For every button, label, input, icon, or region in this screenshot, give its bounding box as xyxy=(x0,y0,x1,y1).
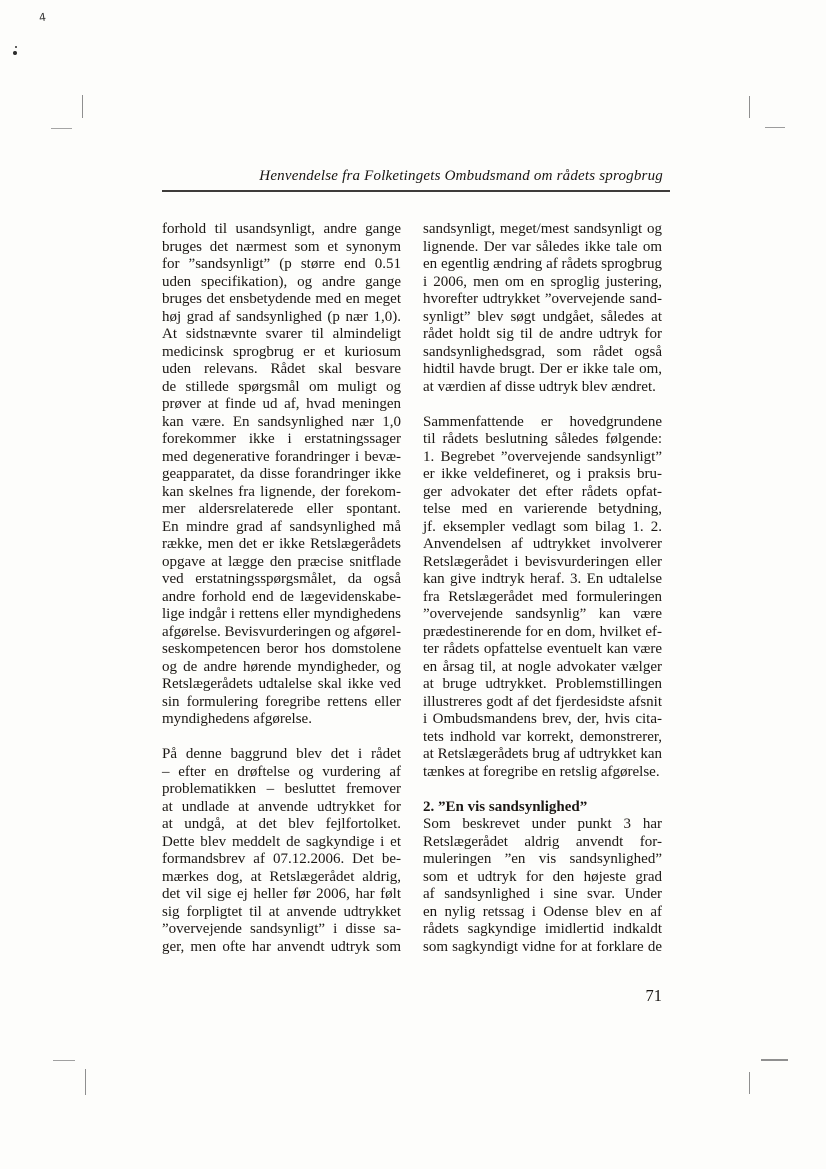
text-line: En mindre grad af sandsynlighed må xyxy=(162,519,401,537)
text-line: kan skelnes fra lignende, der forekom- xyxy=(162,484,401,502)
text-line: muleringen ”en vis sandsynlighed” xyxy=(423,851,662,869)
text-line: som sagkyndigt vidne for at forklare de xyxy=(423,939,662,957)
text-line: det vil sige ej heller før 2006, har føl… xyxy=(162,886,401,904)
ink-speck xyxy=(15,46,17,48)
text-line: afgørelse. Bevisvurderingen og afgørel- xyxy=(162,624,401,642)
text-line: og de andre hørende myndigheder, og xyxy=(162,659,401,677)
text-line: at værdien af disse udtryk blev ændret. xyxy=(423,379,662,397)
page-number: 71 xyxy=(162,986,662,1006)
text-line: jf. eksempler vedlagt som bilag 1. 2. xyxy=(423,519,662,537)
text-line: myndighedens afgørelse. xyxy=(162,711,401,729)
text-line: opgave at lægge den præcise snitflade xyxy=(162,554,401,572)
crop-mark-top-left-vertical xyxy=(82,95,83,118)
text-line: Retslægerådet i bevisvurderingen eller xyxy=(423,554,662,572)
crop-mark-bottom-left-vertical xyxy=(85,1069,86,1095)
text-line: telse med en varierende betydning, xyxy=(423,501,662,519)
text-line: at undlade at anvende udtrykket for xyxy=(162,799,401,817)
text-line: – efter en drøftelse og vurdering af xyxy=(162,764,401,782)
text-line: kan være. En sandsynlighed nær 1,0 xyxy=(162,414,401,432)
text-line: synligt” blev søgt undgået, således at xyxy=(423,309,662,327)
text-line: af sandsynlighed i sine svar. Under xyxy=(423,886,662,904)
text-line: sig forpligtet til at anvende udtrykket xyxy=(162,904,401,922)
text-line: uden specifikation), og andre gange xyxy=(162,274,401,292)
text-line: hidtil havde brugt. Der er ikke tale om, xyxy=(423,361,662,379)
paragraph: forhold til usandsynligt, andre gangebru… xyxy=(162,221,401,729)
section-heading: 2. ”En vis sandsynlighed” xyxy=(423,799,662,817)
text-line: Dette blev meddelt de sagkyndige i et xyxy=(162,834,401,852)
text-line: tets indhold var korrekt, demonstrerer, xyxy=(423,729,662,747)
text-line: prædestinerende for en dom, hvilket ef- xyxy=(423,624,662,642)
crop-mark-bottom-right-vertical xyxy=(749,1072,750,1094)
text-line: Retslægerådets udtalelse skal ikke ved xyxy=(162,676,401,694)
text-line: i Ombudsmandens brev, der, hvis cita- xyxy=(423,711,662,729)
crop-mark-bottom-left-horizontal xyxy=(53,1060,75,1061)
text-line: problematikken – besluttet fremover xyxy=(162,781,401,799)
text-line: Retslægerådet aldrig anvendt for- xyxy=(423,834,662,852)
document-page: 4 Henvendelse fra Folketingets Ombudsman… xyxy=(0,0,826,1169)
crop-mark-top-right-vertical xyxy=(749,96,750,118)
crop-mark-top-right-horizontal xyxy=(765,127,785,128)
paragraph: Sammenfattende er hovedgrundenetil rådet… xyxy=(423,414,662,782)
header-rule xyxy=(162,190,670,192)
text-line: Anvendelsen af udtrykket involverer xyxy=(423,536,662,554)
text-line: Som beskrevet under punkt 3 har xyxy=(423,816,662,834)
crop-mark-bottom-right-horizontal xyxy=(761,1059,788,1061)
text-line: seskompetencen beror hos domstolene xyxy=(162,641,401,659)
text-line: som et udtryk for den højeste grad xyxy=(423,869,662,887)
text-line: ved erstatningsspørgsmålet, da også xyxy=(162,571,401,589)
text-line: er ikke veldefineret, og i praksis bru- xyxy=(423,466,662,484)
text-line: På denne baggrund blev det i rådet xyxy=(162,746,401,764)
text-line: bruges det nærmest som et synonym xyxy=(162,239,401,257)
text-line: geapparatet, da disse forandringer ikke xyxy=(162,466,401,484)
paragraph: sandsynligt, meget/mest sandsynligt ogli… xyxy=(423,221,662,396)
text-line: prøver at finde ud af, hvad meningen xyxy=(162,396,401,414)
crop-mark-top-left-horizontal xyxy=(51,128,72,129)
text-line: en nylig retssag i Odense blev en af xyxy=(423,904,662,922)
text-columns: forhold til usandsynligt, andre gangebru… xyxy=(162,221,670,956)
text-line: ger, men ofte har anvendt udtryk som xyxy=(162,939,401,957)
ink-speck xyxy=(13,51,17,55)
paragraph: Som beskrevet under punkt 3 harRetslæger… xyxy=(423,816,662,956)
text-line: ”overvejende sandsynligt” i disse sa- xyxy=(162,921,401,939)
text-line: sandsynligt, meget/mest sandsynligt og xyxy=(423,221,662,239)
text-line: uden relevans. Rådet skal besvare xyxy=(162,361,401,379)
text-line: 2. ”En vis sandsynlighed” xyxy=(423,799,662,817)
text-line: kan give indtryk heraf. 3. En udtalelse xyxy=(423,571,662,589)
paragraph: På denne baggrund blev det i rådet– efte… xyxy=(162,746,401,956)
text-line: at bruge udtrykket. Problemstillingen xyxy=(423,676,662,694)
text-line: de stillede spørgsmål om muligt og xyxy=(162,379,401,397)
right-column: sandsynligt, meget/mest sandsynligt ogli… xyxy=(423,221,662,956)
text-line: mærkes dog, at Retslægerådet aldrig, xyxy=(162,869,401,887)
text-line: rådet holdt sig til de andre udtryk for xyxy=(423,326,662,344)
text-line: lignende. Der var således ikke tale om xyxy=(423,239,662,257)
text-line: lige indgår i rettens eller myndighedens xyxy=(162,606,401,624)
text-line: tænkes at foregribe en retslig afgørelse… xyxy=(423,764,662,782)
text-line: at undgå, at det blev fejlfortolket. xyxy=(162,816,401,834)
text-line: rådets sagkyndige imidlertid indkaldt xyxy=(423,921,662,939)
text-line: medicinsk sprogbrug er et kuriosum xyxy=(162,344,401,362)
text-line: sandsynlighedsgrad, som rådet også xyxy=(423,344,662,362)
text-line: ter rådets opfattelse eventuelt kan være xyxy=(423,641,662,659)
text-line: en årsag til, at nogle advokater vælger xyxy=(423,659,662,677)
text-line: 1. Begrebet ”overvejende sandsynligt” xyxy=(423,449,662,467)
text-line: for ”sandsynligt” (p større end 0.51 xyxy=(162,256,401,274)
text-line: ”overvejende sandsynlig” kan være xyxy=(423,606,662,624)
left-column: forhold til usandsynligt, andre gangebru… xyxy=(162,221,401,956)
text-line: fra Retslægerådet med formuleringen xyxy=(423,589,662,607)
handwritten-mark: 4 xyxy=(38,11,47,25)
text-line: sin formulering foregribe rettens eller xyxy=(162,694,401,712)
text-line: række, men det er ikke Retslægerådets xyxy=(162,536,401,554)
text-line: at Retslægerådets brug af udtrykket kan xyxy=(423,746,662,764)
text-line: andre forhold end de lægevidenskabe- xyxy=(162,589,401,607)
text-line: Sammenfattende er hovedgrundene xyxy=(423,414,662,432)
text-line: med degenerative forandringer i bevæ- xyxy=(162,449,401,467)
text-line: forhold til usandsynligt, andre gange xyxy=(162,221,401,239)
text-line: bruges det ensbetydende med en meget xyxy=(162,291,401,309)
text-line: høj grad af sandsynlighed (p nær 1,0). xyxy=(162,309,401,327)
text-line: ger advokater det efter rådets opfat- xyxy=(423,484,662,502)
text-line: til rådets beslutning således følgende: xyxy=(423,431,662,449)
text-line: mer aldersrelaterede eller spontant. xyxy=(162,501,401,519)
page-content: Henvendelse fra Folketingets Ombudsmand … xyxy=(162,168,670,956)
text-line: forekommer ikke i erstatningssager xyxy=(162,431,401,449)
text-line: illustreres godt af det fjerdesidste afs… xyxy=(423,694,662,712)
text-line: At sidstnævnte svarer til almindeligt xyxy=(162,326,401,344)
text-line: hvorefter udtrykket ”overvejende sand- xyxy=(423,291,662,309)
text-line: formandsbrev af 07.12.2006. Det be- xyxy=(162,851,401,869)
text-line: en egentlig ændring af rådets sprogbrug xyxy=(423,256,662,274)
running-header: Henvendelse fra Folketingets Ombudsmand … xyxy=(162,168,670,185)
text-line: i 2006, men om en sproglig justering, xyxy=(423,274,662,292)
